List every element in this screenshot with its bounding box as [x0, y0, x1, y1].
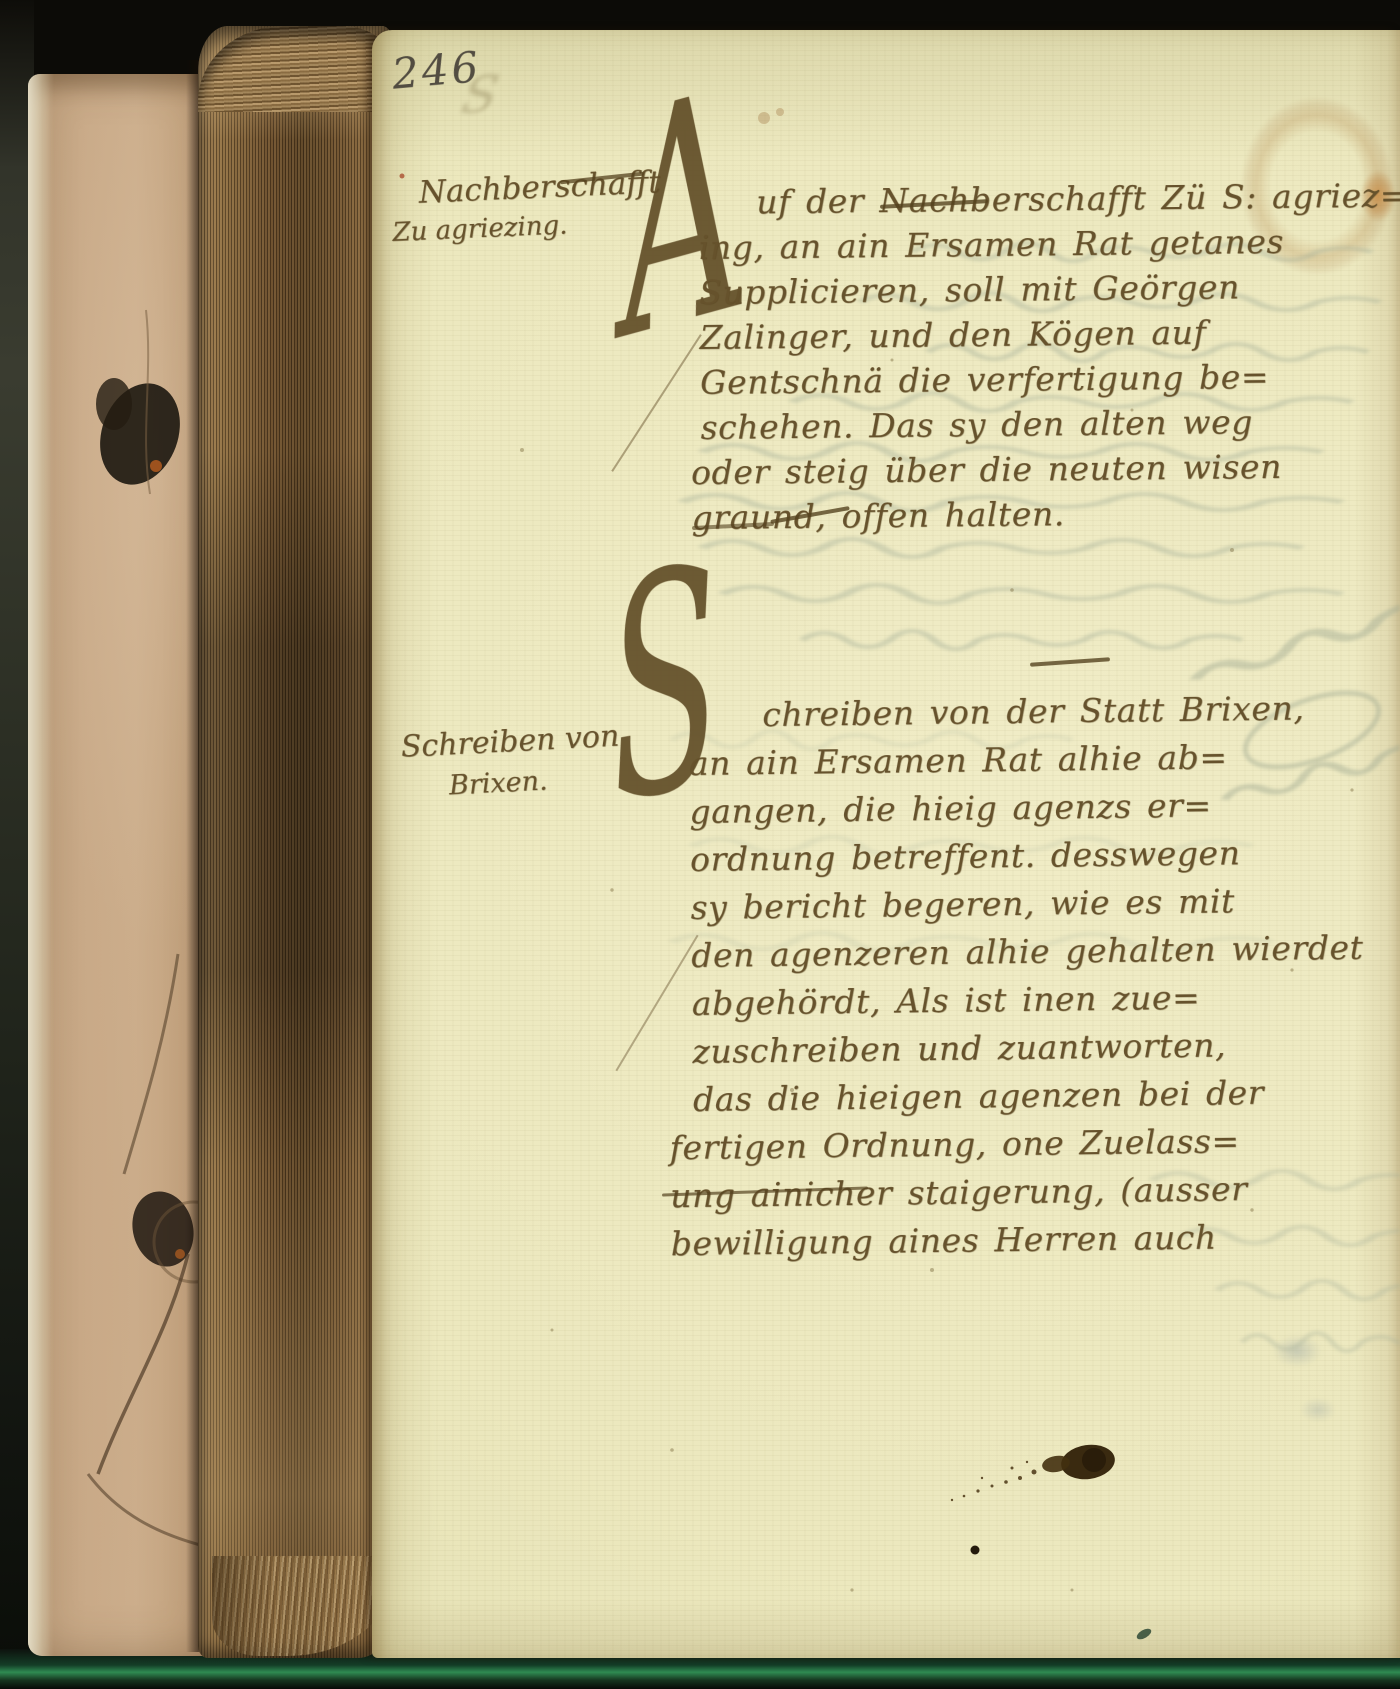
- ink-blot-and-specks: [372, 30, 1400, 1658]
- manuscript-page: 246 S Nachberschafft Zu agriezing. A uf …: [372, 30, 1400, 1658]
- photo-scene: 246 S Nachberschafft Zu agriezing. A uf …: [0, 0, 1400, 1689]
- page-block-fore-edge: [198, 26, 392, 1658]
